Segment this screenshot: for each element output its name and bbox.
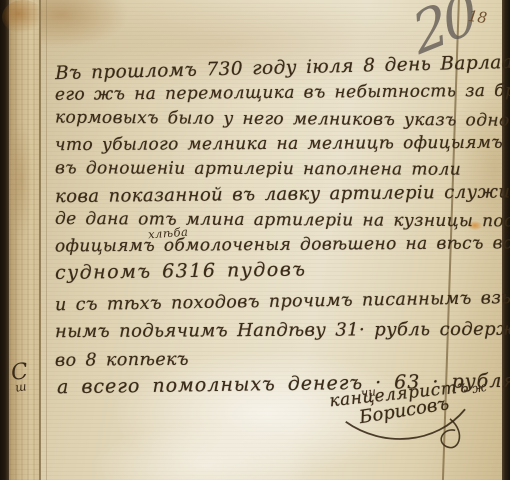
manuscript-line: нымъ подьячимъ Напдѣву 31· рубль содержа… xyxy=(55,316,472,347)
paragraph-1: Въ прошломъ 730 году іюля 8 день Варлаам… xyxy=(55,56,472,284)
interlinear-insertion: хлѣба xyxy=(148,225,189,242)
stain-binding xyxy=(8,120,34,240)
manuscript-line: его жъ на перемолщика въ небытность за б… xyxy=(55,79,472,108)
margin-rule-left xyxy=(39,0,41,480)
scan-edge-left xyxy=(0,0,9,480)
margin-side-mark: ж xyxy=(471,380,488,397)
page-number: 18 xyxy=(467,7,488,27)
margin-rule-left-faint xyxy=(46,0,47,480)
manuscript-line: кова показанной въ лавку артилеріи служи… xyxy=(55,180,472,210)
binding-strip xyxy=(9,0,40,480)
manuscript-line: и съ тѣхъ походовъ прочимъ писаннымъ взы… xyxy=(55,285,472,320)
stain-top-left xyxy=(2,0,44,34)
paragraph-2: и съ тѣхъ походовъ прочимъ писаннымъ взы… xyxy=(55,288,472,374)
manuscript-line: въ доношеніи артилеріи наполнена толи xyxy=(55,156,472,183)
manuscript-line: что убылого мелника на мелницѣ офицыямъ … xyxy=(55,131,472,158)
manuscript-line: де дана отъ млина артилеріи на кузницы п… xyxy=(55,207,472,234)
manuscript-line: кормовыхъ было у него мелниковъ указъ од… xyxy=(55,105,472,133)
manuscript-scan: 20 18 Въ прошломъ 730 году іюля 8 день В… xyxy=(0,0,510,480)
signature-superscript: чи xyxy=(360,385,377,401)
manuscript-line: судномъ 6316 пудовъ xyxy=(55,255,472,286)
